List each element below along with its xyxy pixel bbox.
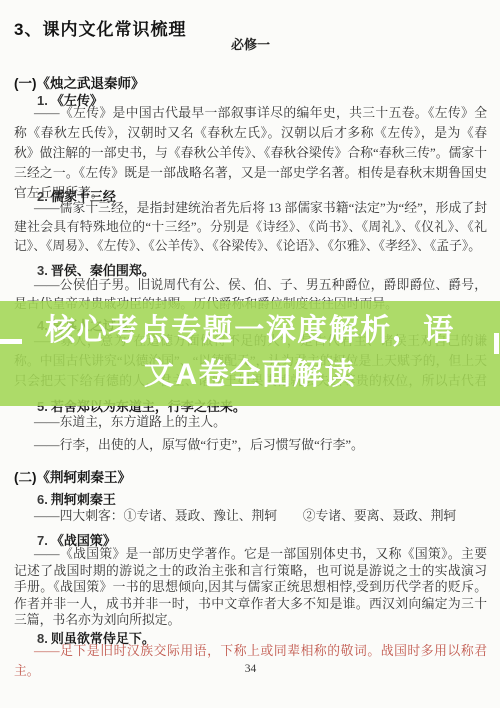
page-number: 34: [14, 663, 487, 675]
item-2-paragraph: ——儒家十三经，是指封建统治者先后将 13 部儒家书籍“法定”为“经”，形成了封…: [14, 199, 487, 256]
document-page: 3、课内文化常识梳理 必修一 (一)《烛之武退秦师》 1.《左传》 ——《左传》…: [0, 0, 500, 708]
banner-left-dash-mark: [0, 339, 22, 344]
item-6-number: 6.: [37, 492, 48, 507]
banner-right-dash-mark: [494, 333, 499, 354]
item-7-paragraph: ——《战国策》是一部历史学著作。它是一部国别体史书，又称《国策》。主要记述了战国…: [14, 546, 487, 629]
promo-banner-text-line2: 文A卷全面解读: [0, 358, 500, 392]
section-2-heading: (二)《荆轲刺秦王》: [14, 466, 487, 486]
item-5-paragraph-2: ——行李，出使的人，原写做“行吏”，后习惯写做“行李”。: [14, 435, 487, 455]
promo-banner-text-line1: 核心考点专题一深度解析，语: [0, 314, 500, 348]
item-6-paragraph: ——四大刺客：①专诸、聂政、豫让、荆轲 ②专诸、要离、聂政、荆轲: [14, 506, 487, 526]
section-1-heading: (一)《烛之武退秦师》: [14, 72, 487, 92]
item-5-paragraph-1: ——东道主，东方道路上的主人。: [14, 412, 487, 432]
item-6-title: 荆轲刺秦王: [51, 492, 116, 507]
item-8-note-red: ——足下是旧时汉族交际用语，下称上或同辈相称的敬词。战国时多用以称君主。: [14, 641, 487, 681]
volume-subtitle: 必修一: [14, 34, 487, 53]
promo-banner-overlay: 核心考点专题一深度解析，语 文A卷全面解读: [0, 301, 500, 406]
